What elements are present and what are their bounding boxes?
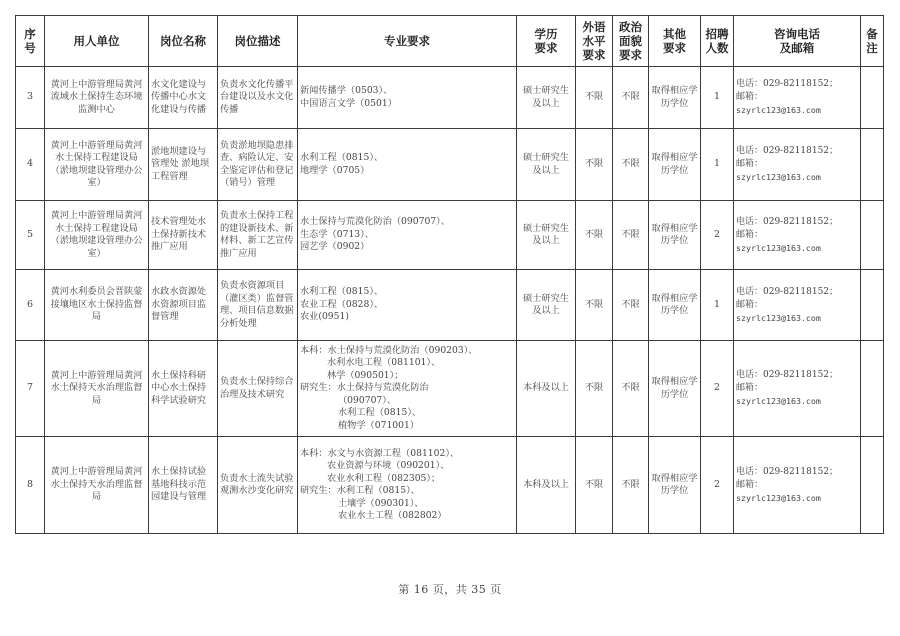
major-line: 林学（090501）； [300,370,514,383]
cell-count: 1 [701,67,734,129]
header-seq-line: 序 [18,27,42,41]
header-position-desc: 岗位描述 [218,16,298,67]
header-line: 要求 [651,41,698,55]
header-line: 外语 [578,20,610,34]
major-line: 研究生：水利工程（0815）、 [300,485,514,498]
cell-major: 本科：水土保持与荒漠化防治（090203）、水利水电工程（081101）、林学（… [298,341,517,437]
major-line: （090707）、 [300,395,514,408]
contact-email-label: 邮箱： [736,479,858,492]
cell-unit: 黄河上中游管理局黄河水土保持天水治理监督局 [45,341,149,437]
cell-position-desc: 负责水土保持综合治理及技术研究 [218,341,298,437]
cell-other: 取得相应学历学位 [649,201,701,270]
cell-foreign-language: 不限 [576,67,613,129]
cell-unit: 黄河上中游管理局黄河水土保持工程建设局（淤地坝建设管理办公室） [45,129,149,201]
table-row: 6黄河水利委员会晋陕蒙接壤地区水土保持监督局水政水资源处水资源项目监督管理负责水… [16,270,884,341]
cell-remark [861,270,884,341]
header-line: 人数 [703,41,731,55]
cell-count: 2 [701,201,734,270]
major-line: 地理学（0705） [300,165,514,178]
cell-remark [861,67,884,129]
cell-count: 1 [701,270,734,341]
header-line: 其他 [651,27,698,41]
cell-foreign-language: 不限 [576,341,613,437]
cell-political: 不限 [613,201,649,270]
contact-email: szyrlc123@163.com [736,395,858,408]
cell-position-name: 水政水资源处水资源项目监督管理 [149,270,218,341]
major-line: 水土保持与荒漠化防治（090707）、 [300,216,514,229]
header-education: 学历要求 [517,16,576,67]
contact-email: szyrlc123@163.com [736,171,858,184]
cell-position-desc: 负责水资源项目（灌区类）监督管理、项目信息数据分析处理 [218,270,298,341]
header-foreign-language: 外语水平要求 [576,16,613,67]
cell-count: 2 [701,341,734,437]
header-seq: 序号 [16,16,45,67]
header-remark: 备注 [861,16,884,67]
header-other: 其他要求 [649,16,701,67]
header-line: 及邮箱 [736,41,858,55]
major-line: 生态学（0713）、 [300,229,514,242]
header-contact: 咨询电话及邮箱 [734,16,861,67]
contact-email-label: 邮箱： [736,158,858,171]
major-line: 本科：水文与水资源工程（081102）、 [300,448,514,461]
cell-political: 不限 [613,67,649,129]
major-line: 土壤学（090301）、 [300,498,514,511]
cell-political: 不限 [613,341,649,437]
table-row: 7黄河上中游管理局黄河水土保持天水治理监督局水土保持科研中心水土保持科学试验研究… [16,341,884,437]
cell-education: 本科及以上 [517,341,576,437]
cell-position-desc: 负责水土流失试验观测水沙变化研究 [218,437,298,534]
major-line: 新闻传播学（0503）、 [300,85,514,98]
cell-major: 本科：水文与水资源工程（081102）、农业资源与环境（090201）、农业水利… [298,437,517,534]
contact-phone: 电话：029-82118152； [736,286,858,299]
cell-unit: 黄河上中游管理局黄河水土保持天水治理监督局 [45,437,149,534]
table-row: 3黄河上中游管理局黄河流域水土保持生态环境监测中心水文化建设与传播中心水文化建设… [16,67,884,129]
cell-contact: 电话：029-82118152；邮箱：szyrlc123@163.com [734,270,861,341]
cell-other: 取得相应学历学位 [649,67,701,129]
contact-phone: 电话：029-82118152； [736,216,858,229]
major-line: 水利工程（0815）、 [300,286,514,299]
major-line: 农业(0951) [300,311,514,324]
cell-remark [861,437,884,534]
cell-contact: 电话：029-82118152；邮箱：szyrlc123@163.com [734,67,861,129]
cell-education: 本科及以上 [517,437,576,534]
cell-unit: 黄河水利委员会晋陕蒙接壤地区水土保持监督局 [45,270,149,341]
cell-position-name: 水土保持试验基地科技示范园建设与管理 [149,437,218,534]
header-line: 备 [863,27,881,41]
cell-education: 硕士研究生及以上 [517,129,576,201]
cell-count: 2 [701,437,734,534]
contact-email: szyrlc123@163.com [736,242,858,255]
major-line: 农业工程（0828）、 [300,299,514,312]
header-line: 注 [863,41,881,55]
document-page: 序号 用人单位 岗位名称 岗位描述 专业要求 学历要求 外语水平要求 政治面貌要… [0,0,900,636]
table-body: 3黄河上中游管理局黄河流域水土保持生态环境监测中心水文化建设与传播中心水文化建设… [16,67,884,534]
cell-remark [861,129,884,201]
contact-phone: 电话：029-82118152； [736,466,858,479]
major-line: 植物学（071001） [300,420,514,433]
contact-phone: 电话：029-82118152； [736,78,858,91]
header-line: 咨询电话 [736,27,858,41]
contact-email-label: 邮箱： [736,91,858,104]
major-line: 中国语言文学（0501） [300,98,514,111]
cell-contact: 电话：029-82118152；邮箱：szyrlc123@163.com [734,201,861,270]
cell-position-desc: 负责淤地坝隐患排查、病险认定、安全鉴定评估和登记（销号）管理 [218,129,298,201]
cell-position-desc: 负责水文化传播平台建设以及水文化传播 [218,67,298,129]
cell-political: 不限 [613,270,649,341]
header-political: 政治面貌要求 [613,16,649,67]
cell-foreign-language: 不限 [576,129,613,201]
major-line: 本科：水土保持与荒漠化防治（090203）、 [300,345,514,358]
page-footer: 第 16 页，共 35 页 [0,581,900,597]
cell-education: 硕士研究生及以上 [517,201,576,270]
cell-seq: 4 [16,129,45,201]
header-line: 学历 [519,27,573,41]
cell-education: 硕士研究生及以上 [517,270,576,341]
cell-other: 取得相应学历学位 [649,341,701,437]
cell-major: 新闻传播学（0503）、中国语言文学（0501） [298,67,517,129]
cell-position-desc: 负责水土保持工程的建设新技术、新材料、新工艺宣传推广应用 [218,201,298,270]
contact-email: szyrlc123@163.com [736,312,858,325]
contact-phone: 电话：029-82118152； [736,369,858,382]
cell-seq: 5 [16,201,45,270]
cell-major: 水土保持与荒漠化防治（090707）、生态学（0713）、园艺学（0902） [298,201,517,270]
header-seq-line: 号 [18,41,42,55]
cell-political: 不限 [613,437,649,534]
cell-seq: 3 [16,67,45,129]
header-line: 面貌 [615,34,646,48]
cell-remark [861,201,884,270]
cell-foreign-language: 不限 [576,270,613,341]
header-line: 要求 [578,48,610,62]
cell-foreign-language: 不限 [576,201,613,270]
major-line: 水利工程（0815）、 [300,407,514,420]
cell-contact: 电话：029-82118152；邮箱：szyrlc123@163.com [734,437,861,534]
table-row: 5黄河上中游管理局黄河水土保持工程建设局（淤地坝建设管理办公室）技术管理处水土保… [16,201,884,270]
cell-other: 取得相应学历学位 [649,270,701,341]
major-line: 水利水电工程（081101）、 [300,357,514,370]
header-line: 要求 [615,48,646,62]
cell-other: 取得相应学历学位 [649,437,701,534]
table-header-row: 序号 用人单位 岗位名称 岗位描述 专业要求 学历要求 外语水平要求 政治面貌要… [16,16,884,67]
cell-other: 取得相应学历学位 [649,129,701,201]
cell-seq: 7 [16,341,45,437]
header-major: 专业要求 [298,16,517,67]
contact-email-label: 邮箱： [736,299,858,312]
contact-email-label: 邮箱： [736,382,858,395]
major-line: 农业水利工程（082305）； [300,473,514,486]
recruitment-table: 序号 用人单位 岗位名称 岗位描述 专业要求 学历要求 外语水平要求 政治面貌要… [15,15,884,534]
cell-major: 水利工程（0815）、农业工程（0828）、农业(0951) [298,270,517,341]
major-line: 农业资源与环境（090201）、 [300,460,514,473]
header-line: 水平 [578,34,610,48]
cell-seq: 6 [16,270,45,341]
page-number-text: 第 16 页，共 35 页 [398,583,501,596]
contact-email: szyrlc123@163.com [736,492,858,505]
cell-position-name: 水土保持科研中心水土保持科学试验研究 [149,341,218,437]
contact-email-label: 邮箱： [736,229,858,242]
table-row: 4黄河上中游管理局黄河水土保持工程建设局（淤地坝建设管理办公室）淤地坝建设与管理… [16,129,884,201]
header-unit: 用人单位 [45,16,149,67]
cell-education: 硕士研究生及以上 [517,67,576,129]
cell-seq: 8 [16,437,45,534]
major-line: 水利工程（0815）、 [300,152,514,165]
cell-remark [861,341,884,437]
major-line: 农业水土工程（082802） [300,510,514,523]
cell-count: 1 [701,129,734,201]
cell-contact: 电话：029-82118152；邮箱：szyrlc123@163.com [734,129,861,201]
cell-contact: 电话：029-82118152；邮箱：szyrlc123@163.com [734,341,861,437]
cell-unit: 黄河上中游管理局黄河流域水土保持生态环境监测中心 [45,67,149,129]
cell-unit: 黄河上中游管理局黄河水土保持工程建设局（淤地坝建设管理办公室） [45,201,149,270]
cell-major: 水利工程（0815）、地理学（0705） [298,129,517,201]
table-row: 8黄河上中游管理局黄河水土保持天水治理监督局水土保持试验基地科技示范园建设与管理… [16,437,884,534]
cell-position-name: 淤地坝建设与管理处 淤地坝工程管理 [149,129,218,201]
major-line: 研究生：水土保持与荒漠化防治 [300,382,514,395]
header-line: 招聘 [703,27,731,41]
contact-email: szyrlc123@163.com [736,104,858,117]
cell-position-name: 技术管理处水土保持新技术推广应用 [149,201,218,270]
header-count: 招聘人数 [701,16,734,67]
header-line: 政治 [615,20,646,34]
header-line: 要求 [519,41,573,55]
contact-phone: 电话：029-82118152； [736,145,858,158]
header-position-name: 岗位名称 [149,16,218,67]
major-line: 园艺学（0902） [300,241,514,254]
cell-position-name: 水文化建设与传播中心水文化建设与传播 [149,67,218,129]
cell-foreign-language: 不限 [576,437,613,534]
cell-political: 不限 [613,129,649,201]
